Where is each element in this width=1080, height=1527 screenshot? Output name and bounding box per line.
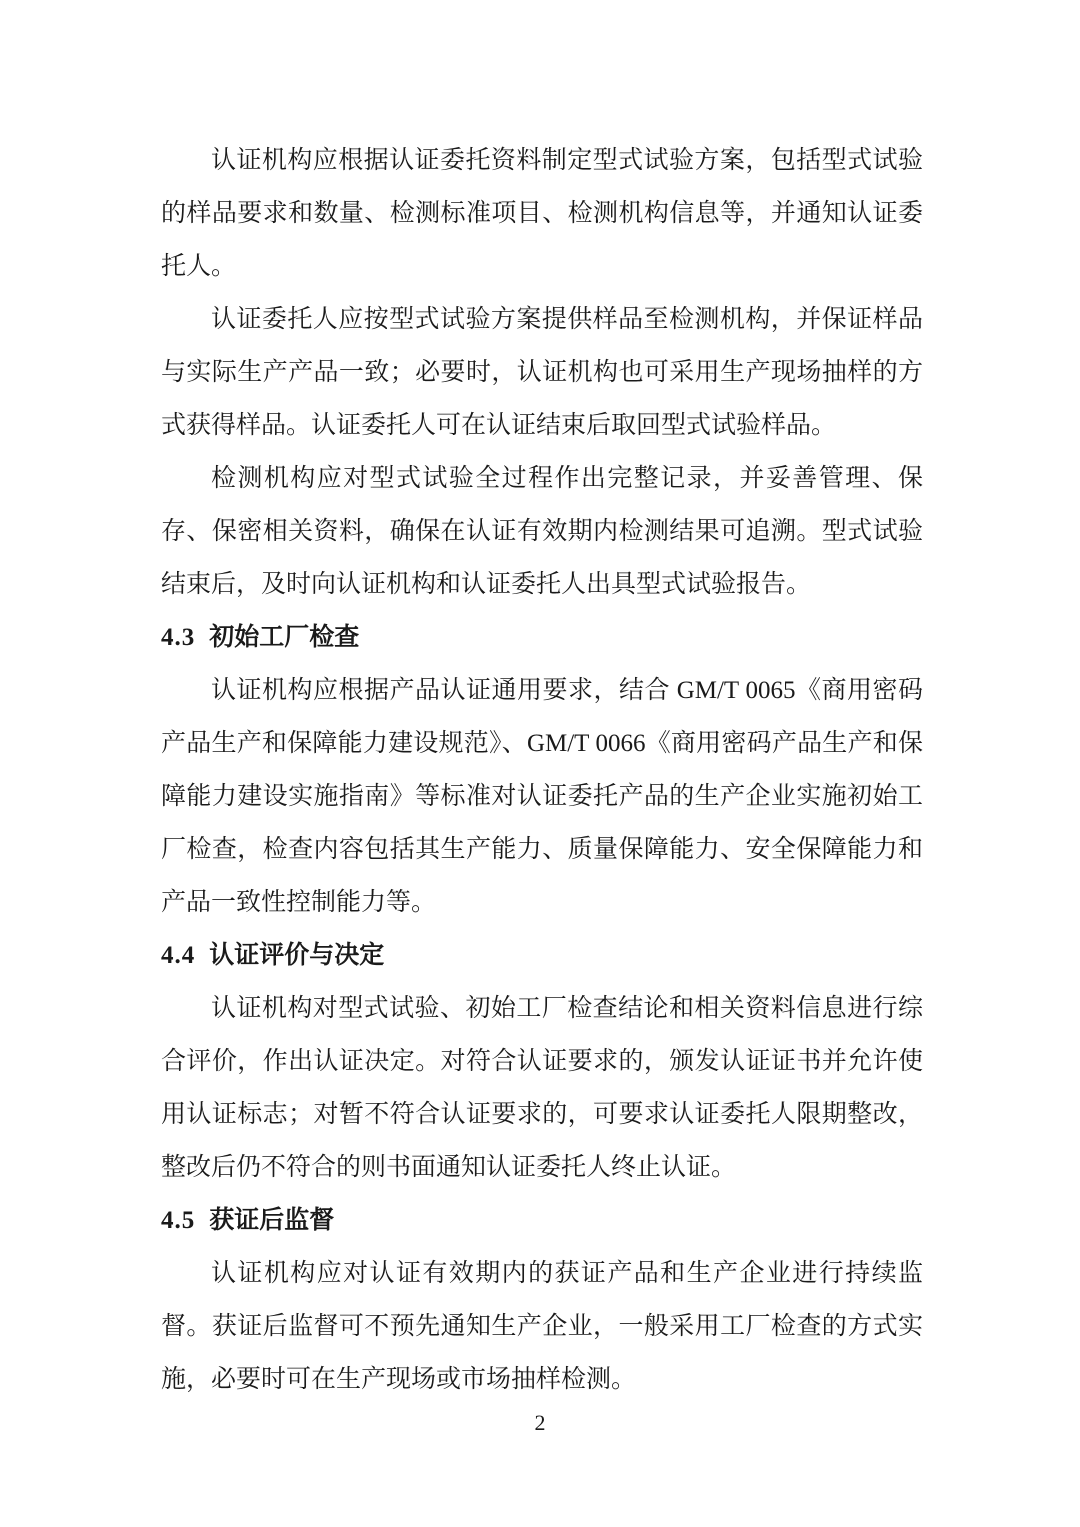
document-page: 认证机构应根据认证委托资料制定型式试验方案，包括型式试验的样品要求和数量、检测标…	[0, 0, 1080, 1527]
section-heading-4-5: 4.5获证后监督	[161, 1194, 923, 1247]
section-title-4-5: 获证后监督	[209, 1207, 334, 1234]
section-number-4-3: 4.3	[161, 624, 195, 651]
paragraph-type-test-plan: 认证机构应根据认证委托资料制定型式试验方案，包括型式试验的样品要求和数量、检测标…	[161, 134, 923, 293]
section-heading-4-3: 4.3初始工厂检查	[161, 611, 923, 664]
section-title-4-3: 初始工厂检查	[209, 624, 359, 651]
paragraph-post-certification-supervision: 认证机构应对认证有效期内的获证产品和生产企业进行持续监督。获证后监督可不预先通知…	[161, 1247, 923, 1406]
paragraph-initial-factory-inspection: 认证机构应根据产品认证通用要求，结合 GM/T 0065《商用密码产品生产和保障…	[161, 664, 923, 929]
document-body: 认证机构应根据认证委托资料制定型式试验方案，包括型式试验的样品要求和数量、检测标…	[161, 134, 923, 1406]
section-title-4-4: 认证评价与决定	[209, 942, 384, 969]
paragraph-sample-provision: 认证委托人应按型式试验方案提供样品至检测机构，并保证样品与实际生产产品一致；必要…	[161, 293, 923, 452]
section-number-4-5: 4.5	[161, 1207, 195, 1234]
page-number: 2	[0, 1408, 1080, 1438]
section-heading-4-4: 4.4认证评价与决定	[161, 929, 923, 982]
paragraph-test-records: 检测机构应对型式试验全过程作出完整记录，并妥善管理、保存、保密相关资料，确保在认…	[161, 452, 923, 611]
section-number-4-4: 4.4	[161, 942, 195, 969]
paragraph-certification-evaluation: 认证机构对型式试验、初始工厂检查结论和相关资料信息进行综合评价，作出认证决定。对…	[161, 982, 923, 1194]
